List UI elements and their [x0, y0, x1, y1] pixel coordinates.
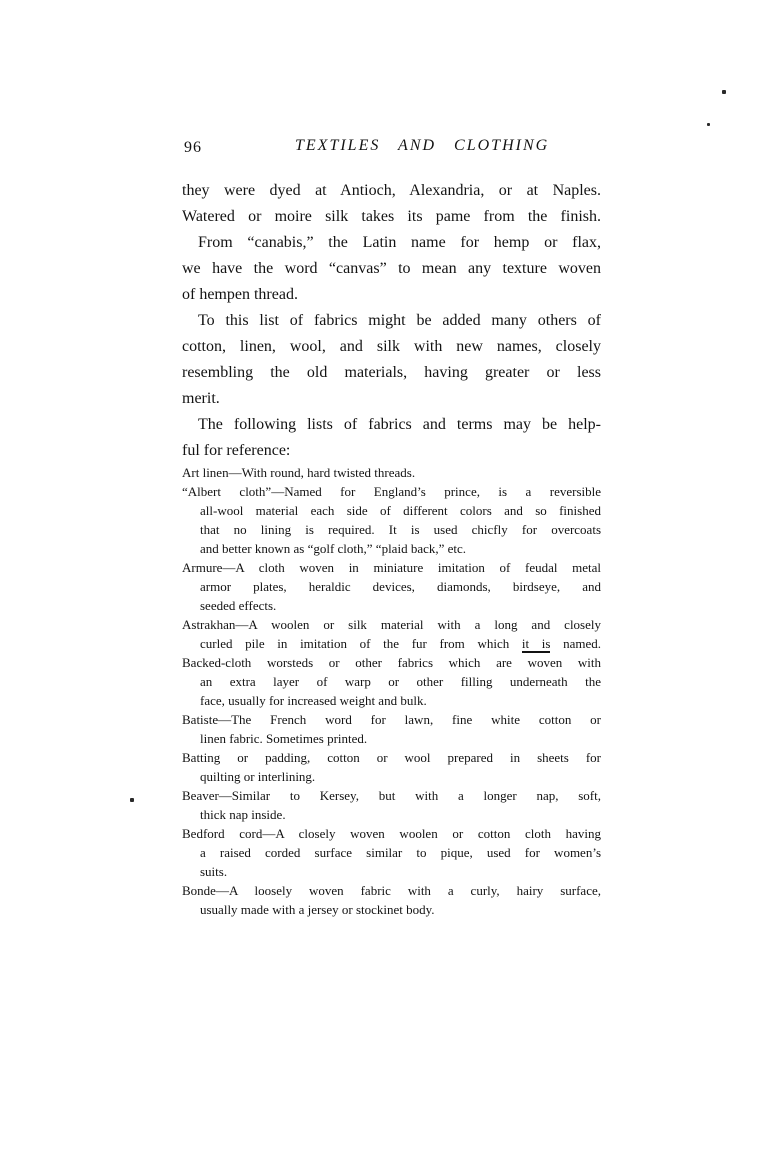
glossary-entry: Astrakhan—A woolen or silk material with…: [182, 615, 601, 653]
glossary-entry: Art linen—With round, hard twisted threa…: [182, 463, 601, 482]
glossary-entry: Batting or padding, cotton or wool prepa…: [182, 748, 601, 786]
text-line: Batting or padding, cotton or wool prepa…: [182, 748, 601, 767]
page-header: 96 TEXTILES AND CLOTHING: [182, 137, 601, 159]
text-line: usually made with a jersey or stockinet …: [182, 900, 601, 919]
text-line: an extra layer of warp or other filling …: [182, 672, 601, 691]
text-segment: curled pile in imitation of the fur from…: [200, 636, 522, 651]
text-line: The following lists of fabrics and terms…: [182, 412, 601, 438]
text-line: suits.: [182, 862, 601, 881]
text-line: curled pile in imitation of the fur from…: [182, 634, 601, 653]
text-line: face, usually for increased weight and b…: [182, 691, 601, 710]
glossary-list: Art linen—With round, hard twisted threa…: [182, 463, 601, 919]
running-title: TEXTILES AND CLOTHING: [295, 137, 549, 155]
text-line: Beaver—Similar to Kersey, but with a lon…: [182, 786, 601, 805]
text-line: Watered or moire silk takes its pame fro…: [182, 204, 601, 230]
text-line: Backed-cloth worsteds or other fabrics w…: [182, 653, 601, 672]
glossary-entry: Beaver—Similar to Kersey, but with a lon…: [182, 786, 601, 824]
text-line: “Albert cloth”—Named for England’s princ…: [182, 482, 601, 501]
text-line: they were dyed at Antioch, Alexandria, o…: [182, 178, 601, 204]
text-line: resembling the old materials, having gre…: [182, 360, 601, 386]
glossary-entry: Armure—A cloth woven in miniature imitat…: [182, 558, 601, 615]
text-line: a raised corded surface similar to pique…: [182, 843, 601, 862]
text-line: From “canabis,” the Latin name for hemp …: [182, 230, 601, 256]
text-line: thick nap inside.: [182, 805, 601, 824]
book-page: 96 TEXTILES AND CLOTHING they were dyed …: [0, 0, 768, 1149]
text-segment: named.: [550, 636, 601, 651]
text-line: ful for reference:: [182, 438, 601, 464]
text-line: linen fabric. Sometimes printed.: [182, 729, 601, 748]
glossary-entry: “Albert cloth”—Named for England’s princ…: [182, 482, 601, 558]
glossary-entry: Backed-cloth worsteds or other fabrics w…: [182, 653, 601, 710]
text-line: merit.: [182, 386, 601, 412]
ink-speck: [707, 123, 710, 126]
text-line: all-wool material each side of different…: [182, 501, 601, 520]
text-line: quilting or interlining.: [182, 767, 601, 786]
text-line: of hempen thread.: [182, 282, 601, 308]
text-line: To this list of fabrics might be added m…: [182, 308, 601, 334]
text-line: Batiste—The French word for lawn, fine w…: [182, 710, 601, 729]
glossary-entry: Bonde—A loosely woven fabric with a curl…: [182, 881, 601, 919]
ink-speck: [722, 90, 726, 94]
text-line: cotton, linen, wool, and silk with new n…: [182, 334, 601, 360]
text-line: we have the word “canvas” to mean any te…: [182, 256, 601, 282]
page-number: 96: [184, 139, 202, 157]
text-line: and better known as “golf cloth,” “plaid…: [182, 539, 601, 558]
glossary-entry: Bedford cord—A closely woven woolen or c…: [182, 824, 601, 881]
text-line: armor plates, heraldic devices, diamonds…: [182, 577, 601, 596]
glossary-entry: Batiste—The French word for lawn, fine w…: [182, 710, 601, 748]
ink-speck: [130, 798, 134, 802]
text-column: 96 TEXTILES AND CLOTHING they were dyed …: [182, 137, 601, 159]
text-line: Astrakhan—A woolen or silk material with…: [182, 615, 601, 634]
text-line: Armure—A cloth woven in miniature imitat…: [182, 558, 601, 577]
text-line: Bedford cord—A closely woven woolen or c…: [182, 824, 601, 843]
scan-underline-artifact: it is: [522, 636, 551, 653]
body-text: they were dyed at Antioch, Alexandria, o…: [182, 178, 601, 464]
text-line: Bonde—A loosely woven fabric with a curl…: [182, 881, 601, 900]
text-line: Art linen—With round, hard twisted threa…: [182, 463, 601, 482]
text-line: seeded effects.: [182, 596, 601, 615]
text-line: that no lining is required. It is used c…: [182, 520, 601, 539]
